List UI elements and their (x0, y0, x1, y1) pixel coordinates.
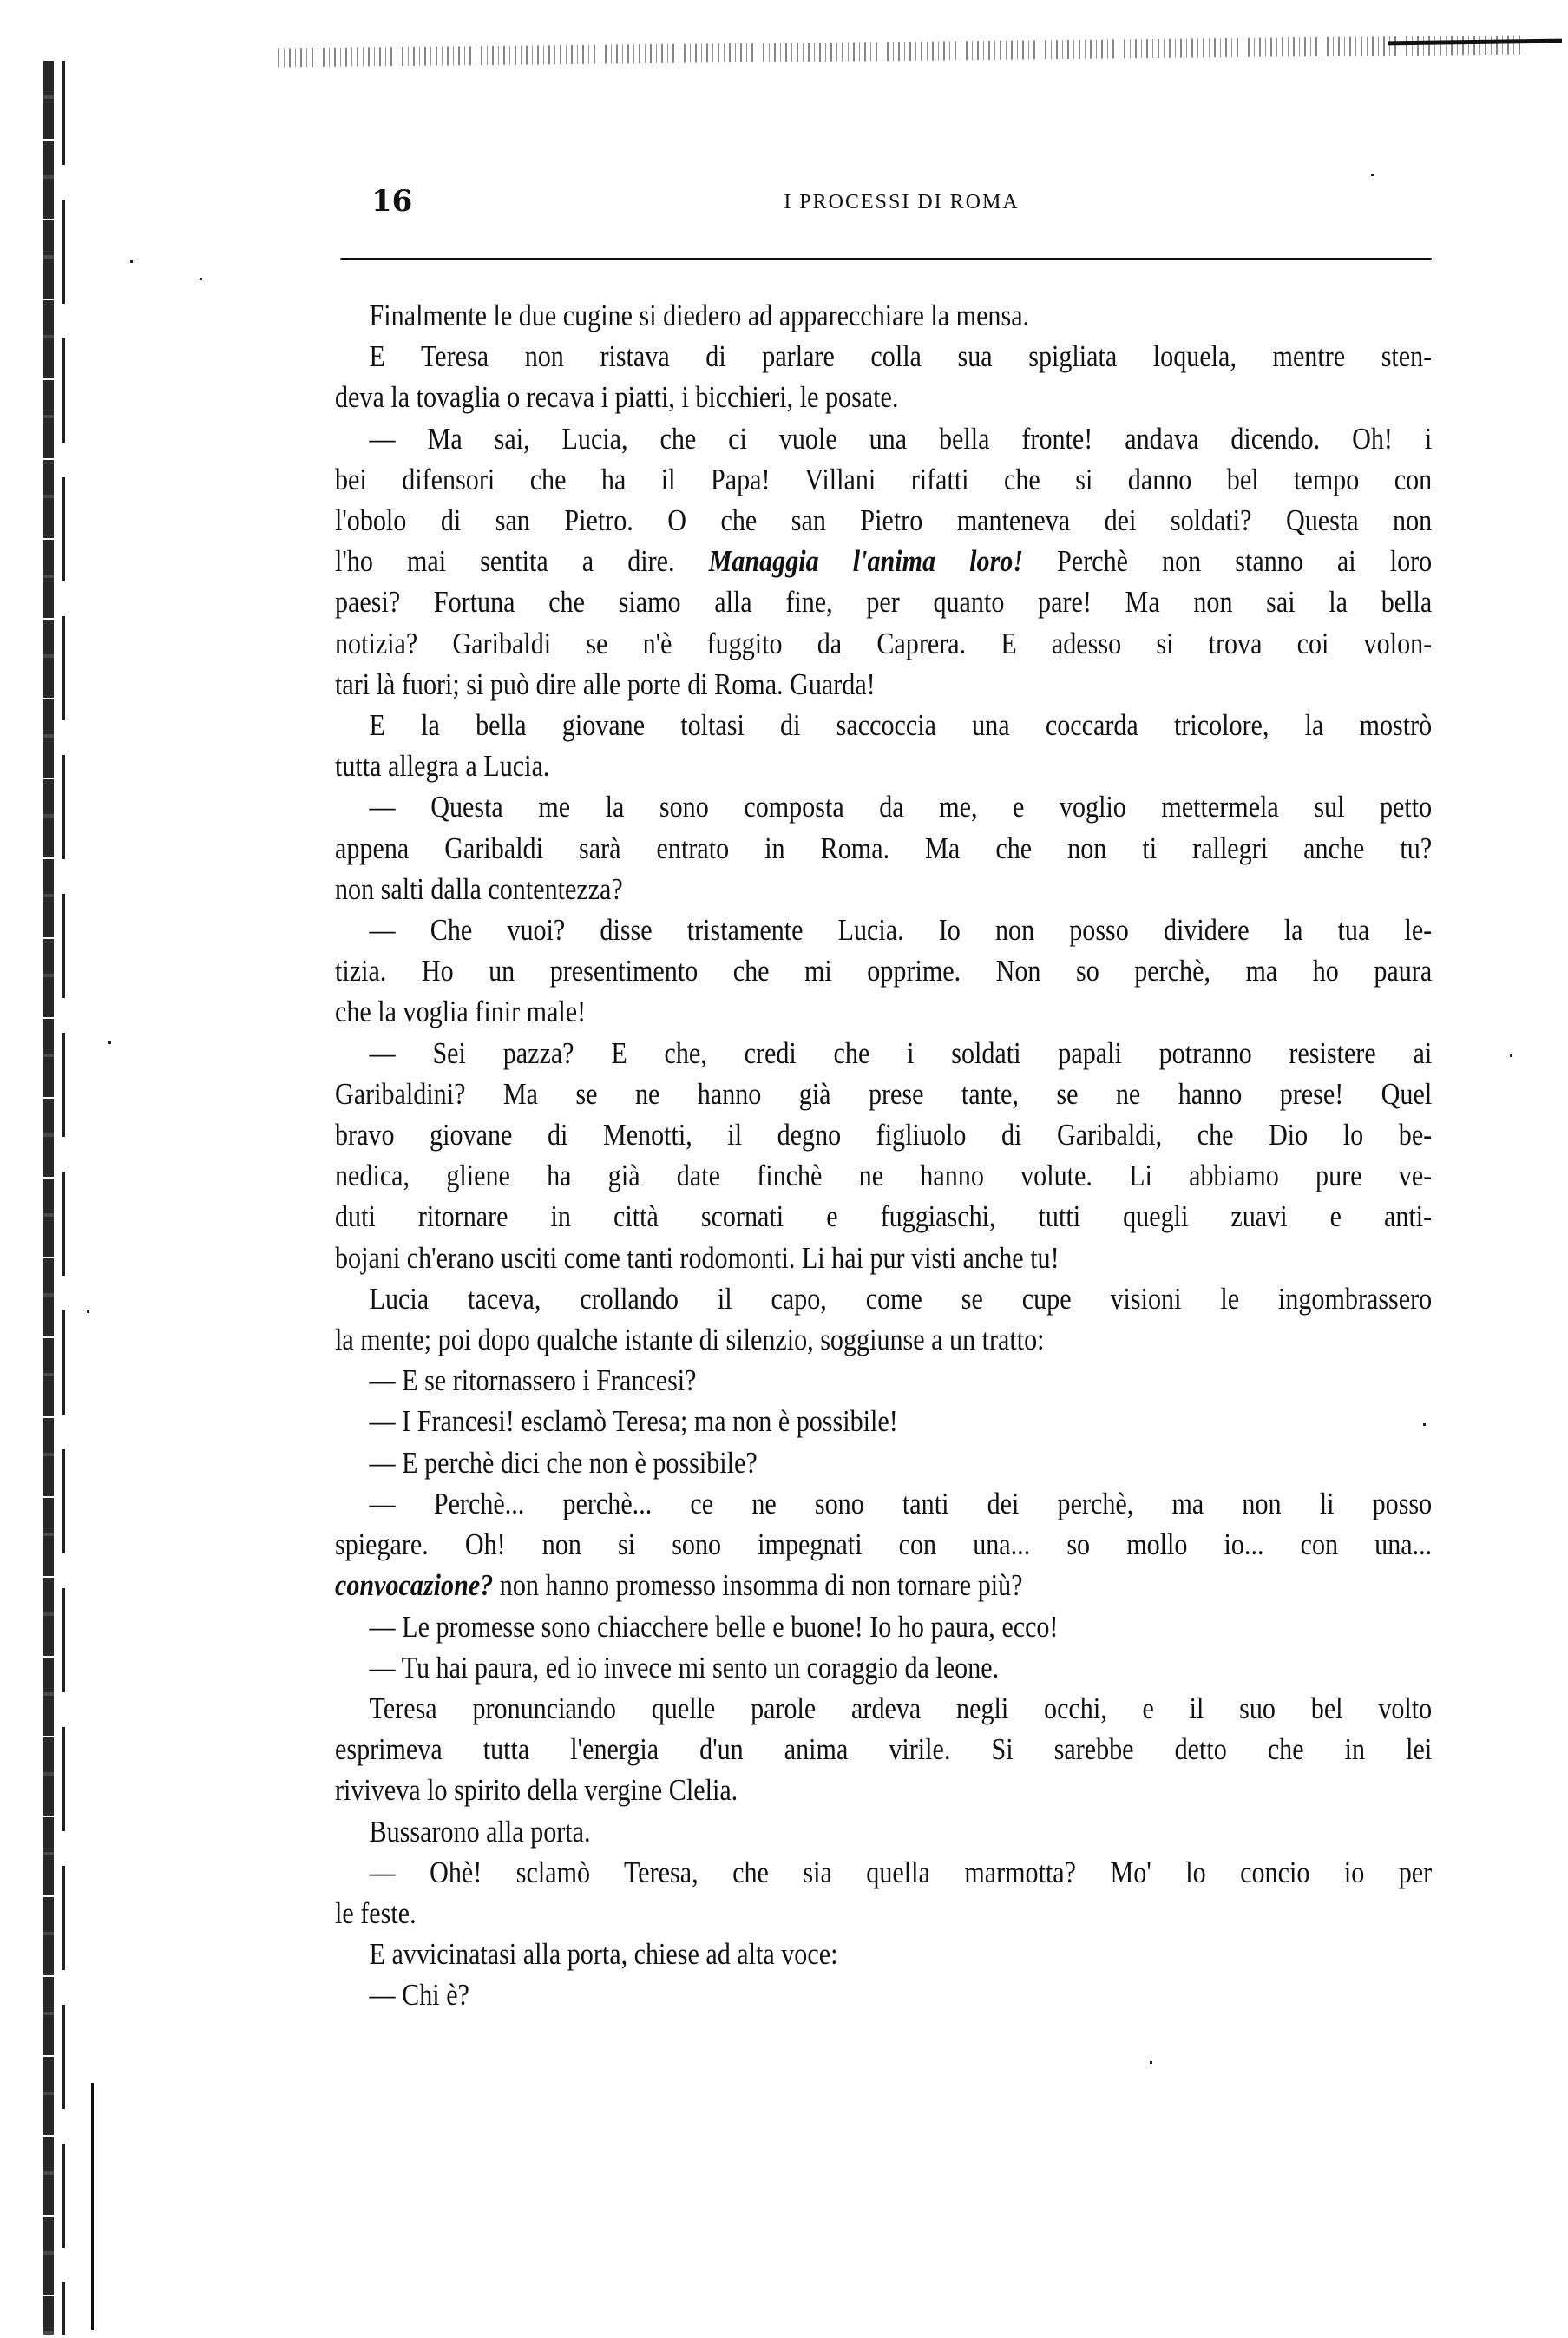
text-segment: — Tu hai paura, ed io invece mi sento un… (370, 1651, 1000, 1685)
text-segment: non hanno promesso insomma di non tornar… (493, 1568, 1022, 1602)
text-line: le feste. (335, 1893, 1432, 1934)
text-line: nedica, gliene ha già date finchè ne han… (335, 1155, 1432, 1196)
text-line: duti ritornare in città scornati e fuggi… (335, 1196, 1432, 1237)
text-segment: — Le promesse sono chiacchere belle e bu… (370, 1610, 1059, 1644)
scan-speck (1510, 1054, 1512, 1057)
text-line: Garibaldini? Ma se ne hanno già prese ta… (335, 1074, 1432, 1114)
text-segment: che la voglia finir male! (335, 995, 586, 1028)
text-segment: — Sei pazza? E che, credi che i soldati … (370, 1036, 1433, 1070)
text-line: bravo giovane di Menotti, il degno figli… (335, 1114, 1432, 1155)
text-line: Teresa pronunciando quelle parole ardeva… (335, 1688, 1432, 1729)
text-segment: Garibaldini? Ma se ne hanno già prese ta… (335, 1077, 1432, 1111)
text-line: Finalmente le due cugine si diedero ad a… (335, 295, 1432, 336)
text-line: non salti dalla contentezza? (335, 869, 1432, 910)
text-line: tari là fuori; si può dire alle porte di… (335, 664, 1432, 705)
text-line: notizia? Garibaldi se n'è fuggito da Cap… (335, 623, 1432, 664)
scanned-book-page: 16 I PROCESSI DI ROMA Finalmente le due … (0, 0, 1568, 2338)
text-line: — Questa me la sono composta da me, e vo… (335, 786, 1432, 827)
text-line: — Perchè... perchè... ce ne sono tanti d… (335, 1483, 1432, 1524)
text-segment: bei difensori che ha il Papa! Villani ri… (335, 463, 1432, 496)
italic-text: convocazione? (335, 1568, 493, 1602)
page-header: 16 I PROCESSI DI ROMA (371, 184, 1432, 222)
scan-speck (1423, 1423, 1426, 1426)
binding-edge-bottom (91, 2083, 94, 2330)
text-segment: E la bella giovane toltasi di saccoccia … (370, 708, 1433, 742)
text-segment: — E se ritornassero i Francesi? (370, 1363, 697, 1397)
text-segment: l'obolo di san Pietro. O che san Pietro … (335, 503, 1432, 537)
text-line: esprimeva tutta l'energia d'un anima vir… (335, 1729, 1432, 1770)
text-segment: Perchè non stanno ai loro (1023, 544, 1432, 578)
text-line: tutta allegra a Lucia. (335, 745, 1432, 786)
text-line: che la voglia finir male! (335, 991, 1432, 1032)
text-line: appena Garibaldi sarà entrato in Roma. M… (335, 828, 1432, 869)
text-segment: tizia. Ho un presentimento che mi opprim… (335, 954, 1432, 988)
text-segment: — Che vuoi? disse tristamente Lucia. Io … (370, 913, 1433, 947)
text-line: paesi? Fortuna che siamo alla fine, per … (335, 581, 1432, 622)
text-line: deva la tovaglia o recava i piatti, i bi… (335, 377, 1432, 417)
text-line: tizia. Ho un presentimento che mi opprim… (335, 950, 1432, 991)
scan-speck (108, 1041, 111, 1044)
text-line: — Tu hai paura, ed io invece mi sento un… (335, 1647, 1432, 1688)
text-line: Lucia taceva, crollando il capo, come se… (335, 1278, 1432, 1319)
scan-noise-top (278, 35, 1527, 67)
text-segment: l'ho mai sentita a dire. (335, 544, 709, 578)
text-line: spiegare. Oh! non si sono impegnati con … (335, 1524, 1432, 1565)
text-line: bei difensori che ha il Papa! Villani ri… (335, 459, 1432, 500)
text-line: bojani ch'erano usciti come tanti rodomo… (335, 1238, 1432, 1278)
text-segment: Teresa pronunciando quelle parole ardeva… (370, 1691, 1433, 1725)
scan-speck (1371, 174, 1374, 176)
text-segment: la mente; poi dopo qualche istante di si… (335, 1323, 1045, 1356)
text-segment: bojani ch'erano usciti come tanti rodomo… (335, 1241, 1060, 1275)
text-segment: bravo giovane di Menotti, il degno figli… (335, 1118, 1432, 1152)
text-line: l'ho mai sentita a dire. Managgia l'anim… (335, 541, 1432, 581)
text-line: convocazione? non hanno promesso insomma… (335, 1565, 1432, 1606)
text-line: — I Francesi! esclamò Teresa; ma non è p… (335, 1401, 1432, 1442)
text-segment: appena Garibaldi sarà entrato in Roma. M… (335, 831, 1432, 865)
text-line: E avvicinatasi alla porta, chiese ad alt… (335, 1934, 1432, 1974)
text-segment: notizia? Garibaldi se n'è fuggito da Cap… (335, 627, 1432, 660)
text-segment: — Chi è? (370, 1978, 469, 2012)
text-line: — Sei pazza? E che, credi che i soldati … (335, 1033, 1432, 1074)
text-line: — Ohè! sclamò Teresa, che sia quella mar… (335, 1852, 1432, 1893)
running-title: I PROCESSI DI ROMA (371, 191, 1432, 214)
text-segment: duti ritornare in città scornati e fuggi… (335, 1199, 1432, 1233)
text-segment: — I Francesi! esclamò Teresa; ma non è p… (370, 1404, 898, 1438)
text-line: — Le promesse sono chiacchere belle e bu… (335, 1606, 1432, 1647)
text-line: — E perchè dici che non è possibile? (335, 1442, 1432, 1483)
text-line: l'obolo di san Pietro. O che san Pietro … (335, 500, 1432, 541)
text-segment: — Questa me la sono composta da me, e vo… (370, 790, 1433, 824)
text-segment: spiegare. Oh! non si sono impegnati con … (335, 1527, 1432, 1561)
text-segment: — Ma sai, Lucia, che ci vuole una bella … (370, 422, 1433, 456)
text-line: — Che vuoi? disse tristamente Lucia. Io … (335, 910, 1432, 950)
text-segment: tari là fuori; si può dire alle porte di… (335, 667, 876, 701)
text-segment: deva la tovaglia o recava i piatti, i bi… (335, 380, 898, 414)
text-segment: E Teresa non ristava di parlare colla su… (370, 339, 1433, 373)
text-segment: — Ohè! sclamò Teresa, che sia quella mar… (370, 1855, 1433, 1889)
text-segment: le feste. (335, 1896, 417, 1930)
text-segment: — Perchè... perchè... ce ne sono tanti d… (370, 1487, 1433, 1520)
text-segment: paesi? Fortuna che siamo alla fine, per … (335, 585, 1432, 619)
body-text: Finalmente le due cugine si diedero ad a… (335, 295, 1278, 2016)
text-segment: Lucia taceva, crollando il capo, come se… (370, 1282, 1433, 1316)
scan-speck (87, 1310, 89, 1313)
text-segment: esprimeva tutta l'energia d'un anima vir… (335, 1732, 1432, 1766)
italic-text: Managgia l'anima loro! (709, 544, 1023, 578)
text-segment: tutta allegra a Lucia. (335, 749, 549, 783)
text-line: — Chi è? (335, 1974, 1432, 2015)
text-line: E Teresa non ristava di parlare colla su… (335, 336, 1432, 377)
binding-edge (43, 61, 54, 2335)
binding-edge-shadow (62, 61, 65, 2335)
text-segment: — E perchè dici che non è possibile? (370, 1446, 758, 1480)
scan-speck (200, 278, 202, 280)
scan-speck (130, 260, 133, 263)
header-rule (340, 258, 1432, 260)
text-line: Bussarono alla porta. (335, 1811, 1432, 1852)
text-line: E la bella giovane toltasi di saccoccia … (335, 705, 1432, 745)
text-line: — Ma sai, Lucia, che ci vuole una bella … (335, 418, 1432, 459)
text-line: riviveva lo spirito della vergine Clelia… (335, 1770, 1432, 1810)
text-segment: E avvicinatasi alla porta, chiese ad alt… (370, 1937, 838, 1971)
text-segment: riviveva lo spirito della vergine Clelia… (335, 1773, 738, 1807)
scan-speck (1150, 2061, 1152, 2064)
text-line: — E se ritornassero i Francesi? (335, 1360, 1432, 1401)
text-segment: Bussarono alla porta. (370, 1815, 591, 1849)
text-segment: nedica, gliene ha già date finchè ne han… (335, 1159, 1432, 1192)
text-segment: non salti dalla contentezza? (335, 872, 623, 906)
text-line: la mente; poi dopo qualche istante di si… (335, 1319, 1432, 1360)
text-segment: Finalmente le due cugine si diedero ad a… (370, 299, 1030, 332)
